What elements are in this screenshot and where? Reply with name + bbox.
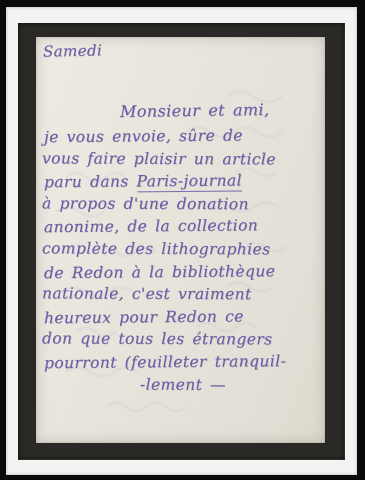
letter-paper: Samedi Monsieur et ami, je vous envoie, … — [36, 37, 325, 443]
journal-line-prefix: paru dans — [44, 173, 137, 192]
white-frame-border: Samedi Monsieur et ami, je vous envoie, … — [6, 7, 357, 475]
letter-line: à propos d'une donation — [42, 192, 323, 216]
dateline: Samedi — [43, 41, 102, 60]
letter-body: je vous envoie, sûre de vous faire plais… — [42, 125, 323, 396]
letter-line: heureux pour Redon ce — [44, 305, 323, 330]
letter-line: nationale, c'est vraiment — [42, 283, 323, 307]
letter-line: anonime, de la collection — [44, 214, 323, 239]
letter-photo: Samedi Monsieur et ami, je vous envoie, … — [0, 0, 365, 480]
letter-line: vous faire plaisir un article — [42, 147, 323, 171]
letter-line-journal: paru dans Paris-journal — [44, 169, 323, 194]
letter-line: pourront (feuilleter tranquil- — [44, 350, 323, 375]
journal-title-underlined: Paris-journal — [136, 172, 242, 193]
handwriting-layer: Samedi Monsieur et ami, je vous envoie, … — [36, 37, 325, 443]
letter-line: don que tous les étrangers — [42, 328, 323, 352]
closing-line: -lement — — [140, 373, 323, 396]
letter-line: je vous envoie, sûre de — [44, 124, 323, 149]
letter-line: de Redon à la bibliothèque — [44, 259, 323, 284]
letter-line: complète des lithographies — [42, 237, 323, 261]
dark-matte: Samedi Monsieur et ami, je vous envoie, … — [18, 23, 345, 460]
salutation: Monsieur et ami, — [120, 100, 270, 121]
